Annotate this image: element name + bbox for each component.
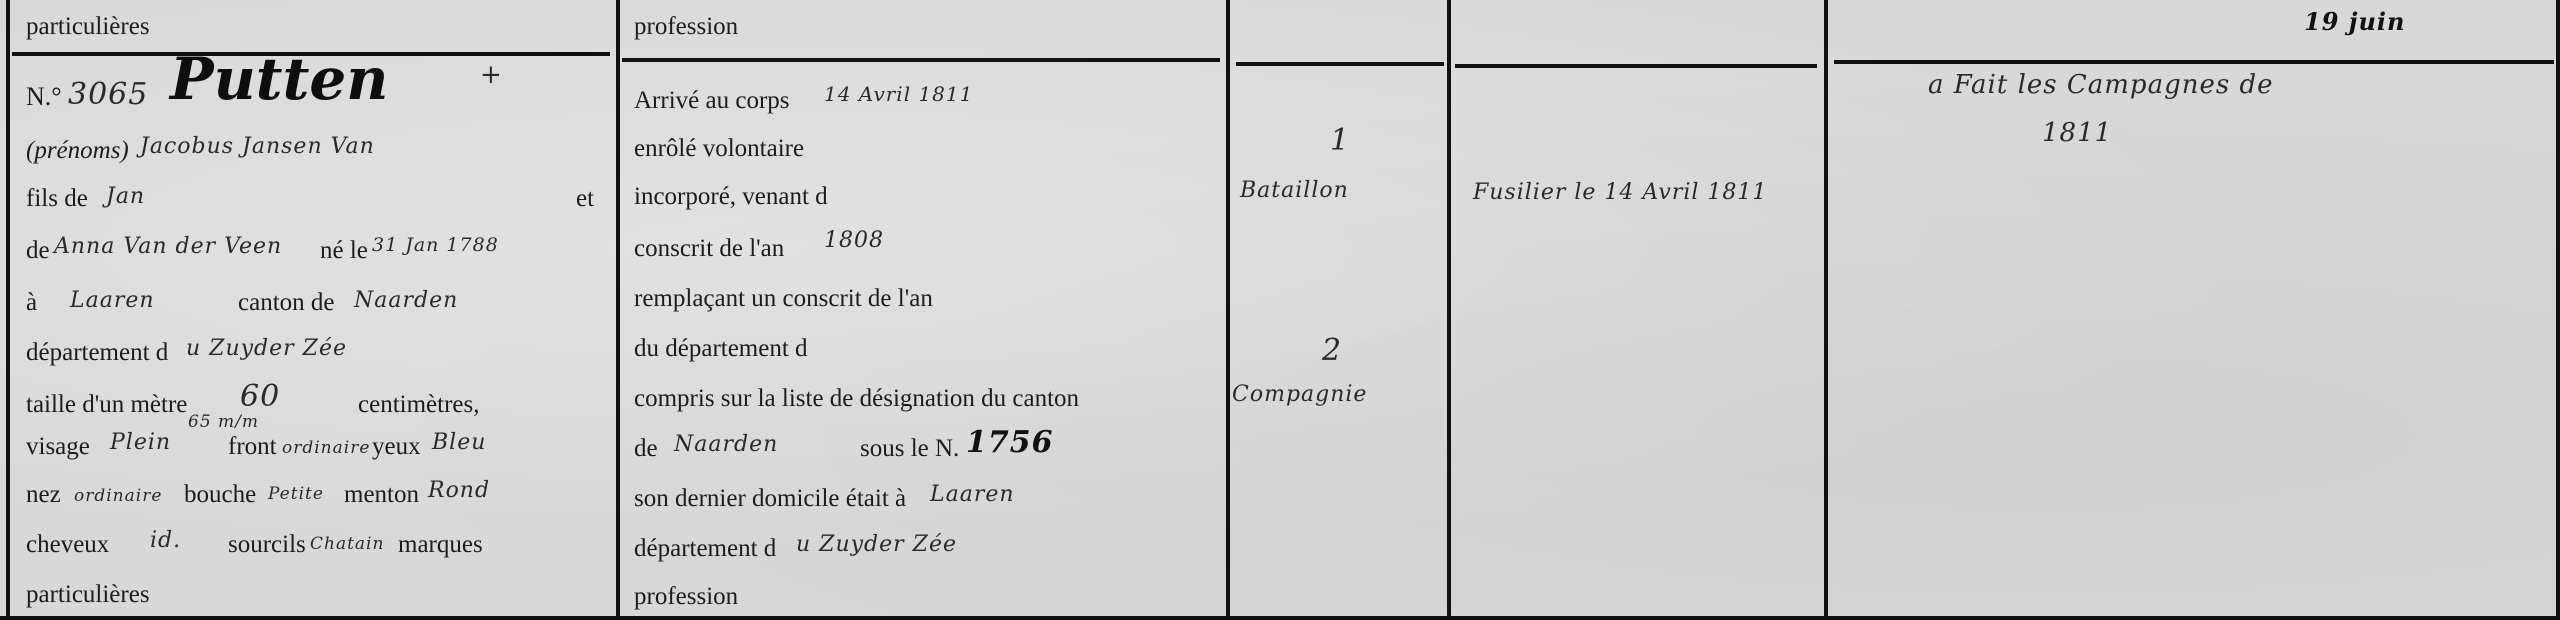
campaigns-year: 1811 (2042, 120, 2112, 146)
birthplace: Laaren (70, 290, 155, 312)
domicile-label: son dernier domicile était à (634, 486, 906, 511)
identity-column: particulières N.° 3065 Putten + (prénoms… (10, 0, 616, 620)
mother-name: Anna Van der Veen (54, 236, 282, 258)
company-label: Compagnie (1232, 384, 1367, 406)
mouth-label: bouche (184, 482, 256, 507)
battalion-label: Bataillon (1240, 180, 1349, 202)
particular-marks-label: particulières (26, 582, 150, 607)
cross-mark: + (480, 62, 503, 88)
eyebrows-value: Chatain (310, 536, 384, 553)
department-value: u Zuyder Zée (186, 338, 347, 360)
eyebrows-label: sourcils (228, 532, 306, 557)
father-label: fils de (26, 186, 88, 211)
battalion-number: 1 (1330, 126, 1350, 156)
canton-label: canton de (238, 290, 334, 315)
designation-list-label: compris sur la liste de désignation du c… (634, 386, 1079, 411)
previous-entry-particulieres: particulières (26, 14, 150, 39)
replacing-department-label: du département d (634, 336, 808, 361)
domicile-value: Laaren (930, 484, 1015, 506)
conscript-year-label: conscrit de l'an (634, 236, 784, 261)
height-note: 65 m/m (188, 414, 259, 431)
right-border (2556, 0, 2560, 620)
top-note-date: 19 juin (2304, 10, 2405, 34)
et-label: et (576, 186, 594, 211)
eyes-label: yeux (372, 434, 421, 459)
face-label: visage (26, 434, 90, 459)
conscript-year: 1808 (824, 230, 884, 252)
hair-label: cheveux (26, 532, 109, 557)
mouth-value: Petite (268, 486, 324, 503)
replacing-label: remplaçant un conscrit de l'an (634, 286, 933, 311)
incorporated-label: incorporé, venant d (634, 184, 828, 209)
arrival-label: Arrivé au corps (634, 88, 790, 113)
nose-label: nez (26, 482, 61, 507)
father-name: Jan (106, 186, 145, 208)
department-label: département d (26, 340, 168, 365)
designation-number-label: sous le N. (860, 436, 959, 461)
hair-value: id. (150, 530, 181, 552)
height-value: 60 (240, 382, 280, 412)
chin-value: Rond (428, 480, 490, 502)
arrival-date: 14 Avril 1811 (824, 84, 973, 104)
height-label: taille d'un mètre (26, 392, 187, 417)
register-page: particulières N.° 3065 Putten + (prénoms… (0, 0, 2560, 620)
previous-entry-profession: profession (634, 14, 738, 39)
face-value: Plein (110, 432, 171, 454)
designation-canton-label: de (634, 436, 658, 461)
profession-label: profession (634, 584, 738, 609)
forehead-label: front (228, 434, 277, 459)
unit-column: 1 Bataillon 2 Compagnie (1230, 0, 1447, 620)
nose-value: ordinaire (74, 488, 162, 505)
prenoms-value: Jacobus Jansen Van (140, 136, 375, 158)
grade-column: Fusilier le 14 Avril 1811 (1451, 0, 1824, 620)
birthplace-label: à (26, 290, 37, 315)
marks-label: marques (398, 532, 483, 557)
domicile-department: u Zuyder Zée (796, 534, 957, 556)
campaigns-column: 19 juin a Fait les Campagnes de 1811 (1828, 0, 2556, 620)
chin-label: menton (344, 482, 419, 507)
surname: Putten (170, 50, 388, 108)
matricule-number-label: N.° (26, 84, 62, 110)
canton-value: Naarden (354, 290, 458, 312)
birth-date-label: né le (320, 238, 368, 263)
grade-entry: Fusilier le 14 Avril 1811 (1473, 182, 1767, 204)
birth-date: 31 Jan 1788 (372, 236, 499, 255)
campaigns-entry: a Fait les Campagnes de (1928, 72, 2274, 98)
centimetres-label: centimètres, (358, 392, 479, 417)
matricule-number: 3065 (68, 80, 148, 110)
mother-label: de (26, 238, 50, 263)
eyes-value: Bleu (432, 432, 486, 454)
volunteer-label: enrôlé volontaire (634, 136, 804, 161)
designation-canton: Naarden (674, 434, 778, 456)
prenoms-label: (prénoms) (26, 138, 129, 163)
company-number: 2 (1322, 336, 1342, 366)
domicile-department-label: département d (634, 536, 776, 561)
enlistment-column: profession Arrivé au corps 14 Avril 1811… (620, 0, 1226, 620)
designation-number: 1756 (966, 428, 1054, 458)
forehead-value: ordinaire (282, 440, 370, 457)
